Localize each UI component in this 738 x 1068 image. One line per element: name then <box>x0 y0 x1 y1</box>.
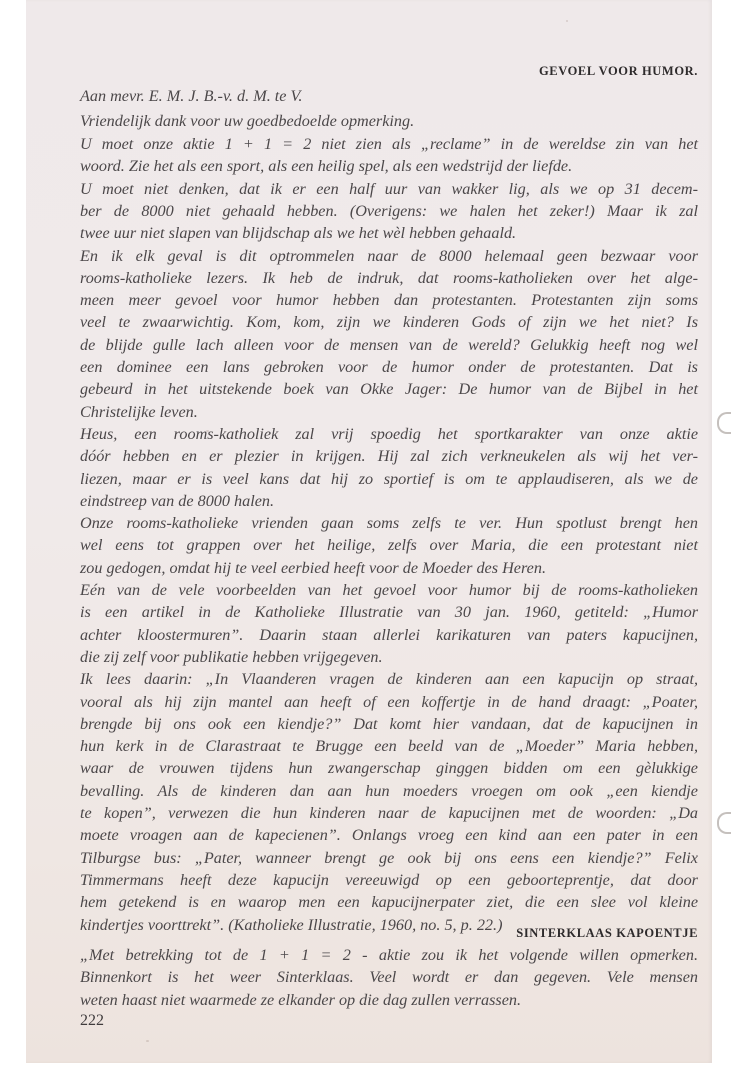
text-line: meen meer gevoel voor humor hebben dan p… <box>80 290 698 310</box>
text-line: dóór hebben en er plezier in krijgen. Hi… <box>80 446 698 466</box>
text-line: Heus, een rooms-katholiek zal vrij spoed… <box>80 424 698 444</box>
page-curl-mark <box>717 812 731 834</box>
text-line: U moet onze aktie 1 + 1 = 2 niet zien al… <box>80 134 698 154</box>
section-heading: GEVOEL VOOR HUMOR. <box>539 64 698 79</box>
text-line: bevalling. Als de kinderen dan aan hun m… <box>80 781 698 801</box>
text-line: Tilburgse bus: „Pater, wanneer brengt ge… <box>80 848 698 868</box>
text-line: kindertjes voorttrekt”. (Katholieke Illu… <box>80 915 698 935</box>
text-line: is een artikel in de Katholieke Illustra… <box>80 602 698 622</box>
text-line: Aan mevr. E. M. J. B.-v. d. M. te V. <box>80 86 698 106</box>
text-line: En ik elk geval is dit optrommelen naar … <box>80 246 698 266</box>
book-page: GEVOEL VOOR HUMOR. SINTERKLAAS KAPOENTJE… <box>26 0 712 1063</box>
text-line: twee uur niet slapen van blijdschap als … <box>80 223 698 243</box>
text-line: Christelijke leven. <box>80 402 698 422</box>
text-line: hun kerk in de Clarastraat te Brugge een… <box>80 736 698 756</box>
text-line: brengde bij ons ook een kiendje?” Dat ko… <box>80 714 698 734</box>
text-line: een dominee een lans gebroken voor de hu… <box>80 357 698 377</box>
text-line: woord. Zie het als een sport, als een he… <box>80 156 698 176</box>
text-line: Ik lees daarin: „In Vlaanderen vragen de… <box>80 669 698 689</box>
text-line: „Met betrekking tot de 1 + 1 = 2 - aktie… <box>80 945 698 965</box>
text-line: weten haast niet waarmede ze elkander op… <box>80 990 698 1010</box>
page-number: 222 <box>80 1012 104 1030</box>
text-line: Eén van de vele voorbeelden van het gevo… <box>80 580 698 600</box>
text-line: vooral als hij zijn mantel aan heeft of … <box>80 692 698 712</box>
text-line: Onze rooms-katholieke vrienden gaan soms… <box>80 513 698 533</box>
text-line: wel eens tot grappen over het heilige, z… <box>80 535 698 555</box>
text-line: zou gedogen, omdat hij te veel eerbied h… <box>80 558 698 578</box>
text-line: die zij zelf voor publikatie hebben vrij… <box>80 647 698 667</box>
paper-speck <box>146 1040 149 1042</box>
text-line: eindstreep van de 8000 halen. <box>80 491 698 511</box>
text-line: Timmermans heeft deze kapucijn vereeuwig… <box>80 870 698 890</box>
text-line: hem getekend is en waarop men een kapuci… <box>80 892 698 912</box>
text-line: ber de 8000 niet gehaald hebben. (Overig… <box>80 201 698 221</box>
text-line: Binnenkort is het weer Sinterklaas. Veel… <box>80 967 698 987</box>
text-line: gebeurd in het uitstekende boek van Okke… <box>80 379 698 399</box>
text-line: moete vroagen aan de kapecienen”. Onlang… <box>80 825 698 845</box>
page-curl-mark <box>717 412 731 434</box>
paper-speck <box>566 20 568 22</box>
text-line: achter kloostermuren”. Daarin staan alle… <box>80 625 698 645</box>
text-line: U moet niet denken, dat ik er een half u… <box>80 179 698 199</box>
text-line: liezen, maar er is veel kans dat hij zo … <box>80 469 698 489</box>
text-line: veel te zwaarwichtig. Kom, kom, zijn we … <box>80 312 698 332</box>
text-line: te kopen”, verwezen die hun kinderen naa… <box>80 803 698 823</box>
text-line: Vriendelijk dank voor uw goedbedoelde op… <box>80 111 698 131</box>
text-line: rooms-katholieke lezers. Ik heb de indru… <box>80 268 698 288</box>
text-line: de blijde gulle lach alleen voor de mens… <box>80 335 698 355</box>
text-line: waar de vrouwen tijdens hun zwangerschap… <box>80 758 698 778</box>
